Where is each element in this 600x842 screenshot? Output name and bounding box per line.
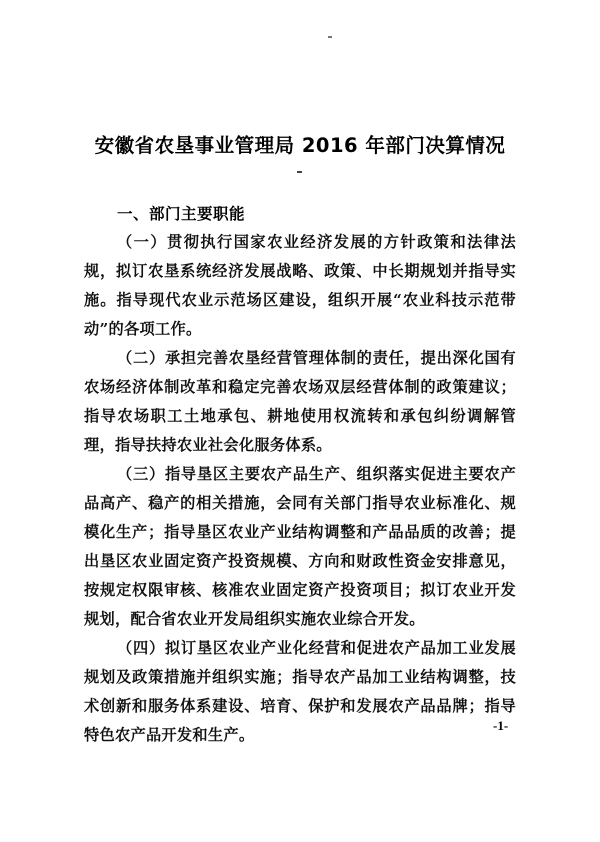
paragraph-3-text: 指导垦区主要农产品生产、组织落实促进主要农产品高产、稳产的相关措施，会同有关部门… [84, 465, 516, 628]
paragraph-2: （二）承担完善农垦经营管理体制的责任，提出深化国有农场经济体制改革和稳定完善农场… [84, 344, 516, 460]
paragraph-4-label: （四） [117, 639, 165, 657]
document-title: 安徽省农垦事业管理局 2016 年部门决算情况 [0, 130, 600, 158]
paragraph-2-label: （二） [117, 349, 165, 367]
scan-artifact-mark [328, 36, 332, 38]
page-number: -1- [493, 718, 508, 734]
paragraph-4: （四）拟订垦区农业产业化经营和促进农产品加工业发展规划及政策措施并组织实施；指导… [84, 634, 516, 750]
title-dash-mark [297, 171, 302, 173]
section-heading: 一、部门主要职能 [117, 202, 245, 224]
paragraph-1-label: （一） [117, 233, 167, 251]
document-page: 安徽省农垦事业管理局 2016 年部门决算情况 一、部门主要职能 （一）贯彻执行… [0, 0, 600, 842]
paragraph-3: （三）指导垦区主要农产品生产、组织落实促进主要农产品高产、稳产的相关措施，会同有… [84, 460, 516, 634]
paragraph-1: （一）贯彻执行国家农业经济发展的方针政策和法律法规，拟订农垦系统经济发展战略、政… [84, 228, 516, 344]
paragraph-3-label: （三） [117, 465, 165, 483]
body-text: （一）贯彻执行国家农业经济发展的方针政策和法律法规，拟订农垦系统经济发展战略、政… [84, 228, 516, 750]
